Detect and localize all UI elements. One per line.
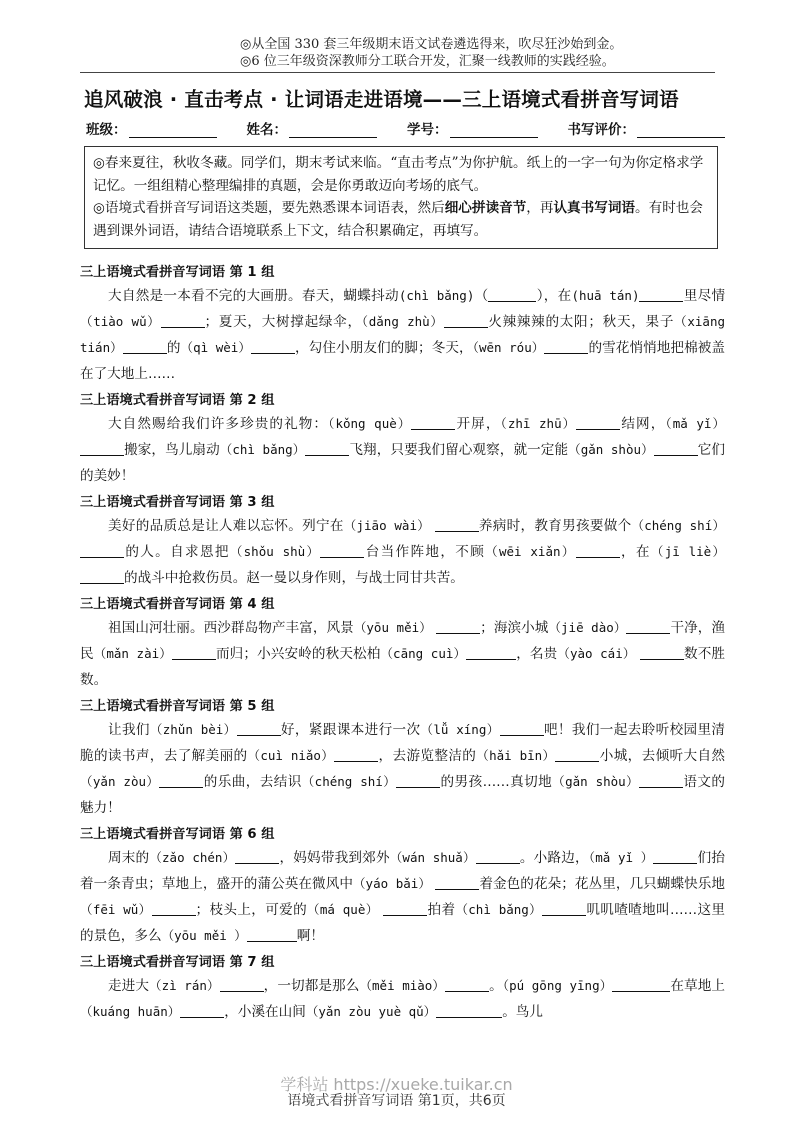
pinyin-prompt: （fēi wǔ） bbox=[80, 902, 152, 917]
passage-text: 拍着 bbox=[427, 902, 455, 918]
pinyin-prompt: （kuáng huān） bbox=[80, 1004, 180, 1019]
answer-blank[interactable] bbox=[612, 977, 626, 992]
pinyin-prompt: （shǒu shù） bbox=[230, 544, 321, 559]
answer-blank[interactable] bbox=[445, 977, 489, 992]
passage-text: 啊！ bbox=[297, 928, 324, 944]
intro-text: ，再 bbox=[526, 200, 553, 216]
writing-grade-blank[interactable] bbox=[637, 123, 725, 138]
answer-blank[interactable] bbox=[123, 339, 167, 354]
passage-text: （ bbox=[474, 288, 488, 304]
passage-text: 养病时，教育男孩要做个 bbox=[479, 518, 632, 534]
passage-text: 。小路边， bbox=[520, 850, 589, 866]
passage-text: ，名贵 bbox=[516, 646, 557, 662]
answer-blank[interactable] bbox=[626, 977, 670, 992]
passage-text: 吧！我们一起去 bbox=[544, 722, 642, 738]
pinyin-prompt: （yào cái） bbox=[557, 646, 635, 661]
top-note-2: ◎6 位三年级资深教师分工联合开发，汇聚一线教师的实践经验。 bbox=[240, 53, 622, 70]
name-label: 姓名： bbox=[247, 118, 288, 138]
pinyin-prompt: （pú gōng yīng） bbox=[503, 978, 613, 993]
answer-blank[interactable] bbox=[334, 747, 378, 762]
pinyin-prompt: （hǎi bīn） bbox=[476, 748, 555, 763]
passage-text: 大自然是一本看不完的大画册。春天，蝴蝶抖动 bbox=[108, 288, 399, 304]
passage-text: 小城，去倾听大自然 bbox=[599, 748, 725, 764]
page-title: 追风破浪 · 直击考点 · 让词语走进语境——三上语境式看拼音写词语 bbox=[84, 84, 724, 112]
pinyin-prompt: （mǎ yǐ ） bbox=[589, 850, 654, 865]
answer-blank[interactable] bbox=[500, 721, 544, 736]
passage-text: ，小溪在山间 bbox=[224, 1004, 306, 1020]
pinyin-prompt: （mǎ yǐ） bbox=[665, 416, 725, 431]
intro-emphasis: 细心拼读音节 bbox=[445, 200, 527, 216]
group-passage: 走进大（zì rán），一切都是那么（měi miào）。（pú gōng yī… bbox=[80, 973, 725, 1025]
pinyin-prompt: （mǎn zài） bbox=[94, 646, 172, 661]
class-field[interactable]: 班级： bbox=[86, 118, 217, 138]
passage-text: ，勾住小朋友们的脚；冬天， bbox=[295, 340, 473, 356]
writing-grade-field[interactable]: 书写评价： bbox=[568, 118, 726, 138]
answer-blank[interactable] bbox=[172, 645, 216, 660]
passage-text: 台当作阵地，不顾 bbox=[364, 544, 485, 560]
group-passage: 大自然是一本看不完的大画册。春天，蝴蝶抖动(chì bǎng)（），在(huā … bbox=[80, 283, 725, 387]
top-note-1: ◎从全国 330 套三年级期末语文试卷遴选得来，吹尽狂沙始到金。 bbox=[240, 36, 622, 53]
student-info-row: 班级： 姓名： 学号： 书写评价： bbox=[86, 118, 726, 138]
answer-blank[interactable] bbox=[444, 313, 488, 328]
group-heading: 三上语境式看拼音写词语 第 1 组 bbox=[80, 262, 725, 283]
pinyin-prompt: （měi miào） bbox=[359, 978, 445, 993]
passage-text: 的战斗中抢救伤员。赵一曼以身作则，与战士同甘共苦。 bbox=[124, 570, 464, 586]
pinyin-prompt: （cāng cuì） bbox=[380, 646, 466, 661]
answer-blank[interactable] bbox=[626, 619, 670, 634]
passage-text: 的 bbox=[167, 340, 181, 356]
answer-blank[interactable] bbox=[435, 517, 479, 532]
answer-blank[interactable] bbox=[639, 287, 683, 302]
group-heading: 三上语境式看拼音写词语 第 7 组 bbox=[80, 952, 725, 973]
pinyin-prompt: （chéng shí） bbox=[631, 518, 725, 533]
pinyin-prompt: （yǎn zòu yuè qǔ） bbox=[306, 1004, 436, 1019]
pinyin-prompt: （wán shuǎ） bbox=[390, 850, 476, 865]
pinyin-prompt: (chì bǎng) bbox=[399, 288, 475, 303]
answer-blank[interactable] bbox=[640, 645, 684, 660]
answer-blank[interactable] bbox=[80, 441, 124, 456]
group-passage: 周末的（zǎo chén），妈妈带我到郊外（wán shuǎ）。小路边，（mǎ … bbox=[80, 845, 725, 949]
passage-text: 开屏， bbox=[455, 416, 500, 432]
answer-blank[interactable] bbox=[80, 543, 124, 558]
group-heading: 三上语境式看拼音写词语 第 2 组 bbox=[80, 390, 725, 411]
answer-blank[interactable] bbox=[576, 415, 620, 430]
intro-emphasis: 认真书写词语 bbox=[553, 200, 635, 216]
answer-blank[interactable] bbox=[542, 901, 586, 916]
pinyin-prompt: （chì bǎng） bbox=[220, 442, 306, 457]
pinyin-prompt: （qì wèi） bbox=[181, 340, 251, 355]
pinyin-prompt: （zhǔn bèi） bbox=[150, 722, 237, 737]
passage-text: 。鸟儿 bbox=[502, 1004, 543, 1020]
group-passage: 让我们（zhǔn bèi）好，紧跟课本进行一次（lǚ xíng）吧！我们一起去聆… bbox=[80, 717, 725, 821]
intro-paragraph-1: ◎春来夏往，秋收冬藏。同学们，期末考试来临。“直击考点”为你护航。纸上的一字一句… bbox=[93, 152, 707, 197]
answer-blank[interactable] bbox=[247, 927, 297, 942]
answer-blank[interactable] bbox=[383, 901, 427, 916]
name-blank[interactable] bbox=[289, 123, 377, 138]
pinyin-prompt: （jī liè） bbox=[651, 544, 725, 559]
group-passage: 美好的品质总是让人难以忘怀。列宁在（jiāo wài） 养病时，教育男孩要做个（… bbox=[80, 513, 725, 591]
answer-blank[interactable] bbox=[576, 543, 620, 558]
passage-text: 着金色的花 bbox=[479, 876, 547, 892]
answer-blank[interactable] bbox=[180, 1003, 224, 1018]
page-number-label: 语境式看拼音写词语 第1页，共6页 bbox=[287, 1093, 505, 1109]
passage-text: 的人。自求恩把 bbox=[124, 544, 230, 560]
passage-text: ，在 bbox=[620, 544, 651, 560]
writing-grade-label: 书写评价： bbox=[568, 118, 636, 138]
answer-blank[interactable] bbox=[488, 287, 536, 302]
answer-blank[interactable] bbox=[411, 415, 455, 430]
exercise-groups: 三上语境式看拼音写词语 第 1 组大自然是一本看不完的大画册。春天，蝴蝶抖动(c… bbox=[80, 262, 725, 1028]
answer-blank[interactable] bbox=[435, 875, 479, 890]
pinyin-prompt: （yǎn zòu） bbox=[80, 774, 159, 789]
pinyin-prompt: （dǎng zhù） bbox=[362, 314, 444, 329]
pinyin-prompt: （yáo bǎi） bbox=[353, 876, 431, 891]
answer-blank[interactable] bbox=[251, 339, 295, 354]
passage-text: 好，紧跟课本进行一次 bbox=[281, 722, 421, 738]
passage-text: 朵；花丛里，几只蝴蝶快乐地 bbox=[548, 876, 725, 892]
pinyin-prompt: （yōu měi ） bbox=[162, 928, 247, 943]
passage-text: ，一切都是那么 bbox=[264, 978, 360, 994]
intro-text: ◎语境式看拼音写词语这类题，要先熟悉课本词语表，然后 bbox=[93, 200, 445, 216]
name-field[interactable]: 姓名： bbox=[247, 118, 378, 138]
answer-blank[interactable] bbox=[555, 747, 599, 762]
page-footer: 语境式看拼音写词语 第1页，共6页 bbox=[0, 1076, 793, 1096]
pinyin-prompt: （tiào wǔ） bbox=[80, 314, 161, 329]
group-passage: 大自然赐给我们许多珍贵的礼物：（kǒng què）开屏，（zhī zhū）结网，… bbox=[80, 411, 725, 489]
answer-blank[interactable] bbox=[320, 543, 364, 558]
pinyin-prompt: （zǎo chén） bbox=[149, 850, 235, 865]
answer-blank[interactable] bbox=[654, 441, 698, 456]
passage-text: ，妈妈带我到郊外 bbox=[279, 850, 389, 866]
passage-text: 而归；小兴安岭的秋天松柏 bbox=[216, 646, 381, 662]
passage-text: 里尽情 bbox=[683, 288, 725, 304]
pinyin-prompt: （kǒng què） bbox=[328, 416, 411, 431]
pinyin-prompt: （yōu měi） bbox=[354, 620, 432, 635]
answer-blank[interactable] bbox=[436, 619, 480, 634]
group-passage: 祖国山河壮丽。西沙群岛物产丰富，风景（yōu měi） ；海滨小城（jiē dà… bbox=[80, 615, 725, 693]
pinyin-prompt: （gǎn shòu） bbox=[568, 442, 654, 457]
passage-text: 祖国山河壮丽。西沙群岛物产丰富，风景 bbox=[108, 620, 354, 636]
pinyin-prompt: （má què） bbox=[307, 902, 379, 917]
answer-blank[interactable] bbox=[152, 901, 196, 916]
group-heading: 三上语境式看拼音写词语 第 6 组 bbox=[80, 824, 725, 845]
passage-text: 走进大 bbox=[108, 978, 149, 994]
pinyin-prompt: （zì rán） bbox=[149, 978, 220, 993]
student-id-label: 学号： bbox=[407, 118, 448, 138]
student-id-field[interactable]: 学号： bbox=[407, 118, 538, 138]
answer-blank[interactable] bbox=[639, 773, 683, 788]
pinyin-prompt: （jiāo wài） bbox=[344, 518, 430, 533]
passage-text: 的男 bbox=[440, 774, 468, 790]
intro-box: ◎春来夏往，秋收冬藏。同学们，期末考试来临。“直击考点”为你护航。纸上的一字一句… bbox=[84, 146, 718, 249]
passage-text: ；海滨小城 bbox=[480, 620, 548, 636]
passage-text: 飞翔，只要我们留心观察，就一定能 bbox=[349, 442, 568, 458]
pinyin-prompt: （gǎn shòu） bbox=[552, 774, 639, 789]
passage-text: 美好的品质总是让人难以忘怀。列宁在 bbox=[108, 518, 344, 534]
answer-blank[interactable] bbox=[476, 849, 520, 864]
student-id-blank[interactable] bbox=[450, 123, 538, 138]
answer-blank[interactable] bbox=[235, 849, 279, 864]
passage-text: ；夏天，大树撑起绿伞， bbox=[205, 314, 362, 330]
group-heading: 三上语境式看拼音写词语 第 4 组 bbox=[80, 594, 725, 615]
passage-text: 火辣辣辣的太阳；秋天，果子 bbox=[488, 314, 675, 330]
group-heading: 三上语境式看拼音写词语 第 3 组 bbox=[80, 492, 725, 513]
pinyin-prompt: （cuì niǎo） bbox=[248, 748, 335, 763]
passage-text: ），在 bbox=[536, 288, 571, 304]
answer-blank[interactable] bbox=[237, 721, 281, 736]
pinyin-prompt: （zhī zhū） bbox=[501, 416, 577, 431]
answer-blank[interactable] bbox=[305, 441, 349, 456]
passage-text: 在草地上 bbox=[670, 978, 725, 994]
intro-paragraph-2: ◎语境式看拼音写词语这类题，要先熟悉课本词语表，然后细心拼读音节，再认真书写词语… bbox=[93, 197, 707, 242]
pinyin-prompt: （wēi xiǎn） bbox=[485, 544, 576, 559]
answer-blank[interactable] bbox=[220, 977, 264, 992]
pinyin-prompt: （jiē dào） bbox=[548, 620, 626, 635]
passage-text: 周末的 bbox=[108, 850, 149, 866]
answer-blank[interactable] bbox=[466, 645, 516, 660]
passage-text: 结网， bbox=[620, 416, 665, 432]
passage-text: 孩……真切地 bbox=[469, 774, 553, 790]
passage-text: 大自然赐给我们许多珍贵的礼物： bbox=[108, 416, 328, 432]
passage-text: ，去游览整洁的 bbox=[378, 748, 476, 764]
answer-blank[interactable] bbox=[396, 773, 440, 788]
class-label: 班级： bbox=[86, 118, 127, 138]
pinyin-prompt: （chéng shí） bbox=[302, 774, 396, 789]
group-heading: 三上语境式看拼音写词语 第 5 组 bbox=[80, 696, 725, 717]
passage-text: 搬家，鸟儿扇动 bbox=[124, 442, 220, 458]
passage-text: 让我们 bbox=[108, 722, 150, 738]
top-notes: ◎从全国 330 套三年级期末语文试卷遴选得来，吹尽狂沙始到金。 ◎6 位三年级… bbox=[240, 36, 622, 70]
pinyin-prompt: （wēn róu） bbox=[473, 340, 545, 355]
answer-blank[interactable] bbox=[159, 773, 203, 788]
answer-blank[interactable] bbox=[653, 849, 697, 864]
passage-text: ；枝头上，可爱的 bbox=[196, 902, 307, 918]
answer-blank[interactable] bbox=[80, 569, 124, 584]
answer-blank[interactable] bbox=[161, 313, 205, 328]
class-blank[interactable] bbox=[129, 123, 217, 138]
pinyin-prompt: (huā tán) bbox=[571, 288, 639, 303]
passage-text: 。 bbox=[489, 978, 503, 994]
pinyin-prompt: （lǚ xíng） bbox=[420, 722, 499, 737]
answer-blank[interactable] bbox=[544, 339, 588, 354]
passage-text: 的乐曲，去结识 bbox=[203, 774, 301, 790]
header-divider bbox=[80, 72, 715, 73]
answer-blank[interactable] bbox=[436, 1003, 502, 1018]
pinyin-prompt: （chì bǎng） bbox=[455, 902, 542, 917]
